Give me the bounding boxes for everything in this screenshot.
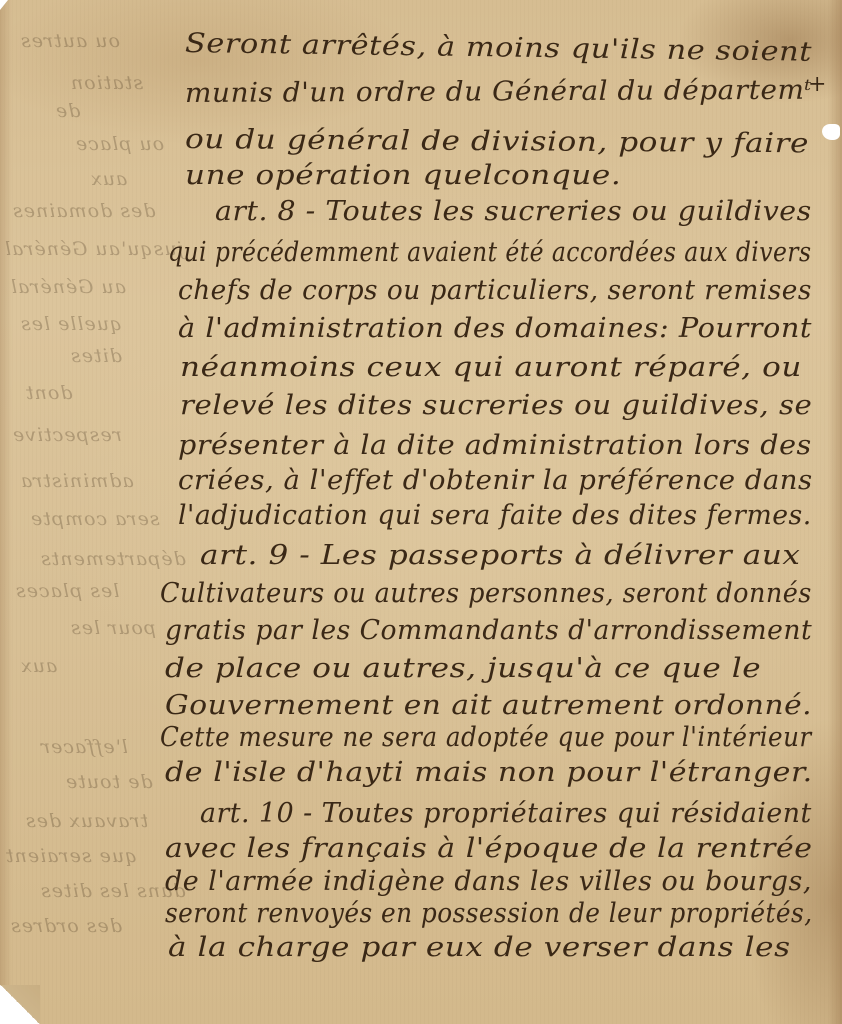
bleed-through-text: dans les dites xyxy=(40,880,186,902)
manuscript-line: néanmoins ceux qui auront réparé, ou xyxy=(180,352,802,383)
manuscript-line: Gouvernement en ait autrement ordonné. xyxy=(165,690,812,721)
bleed-through-text: départements xyxy=(40,548,186,570)
bleed-through-text: que seraient xyxy=(5,845,137,867)
manuscript-line: Seront arrêtés, à moins qu'ils ne soient xyxy=(185,28,812,68)
bleed-through-text: ou autres xyxy=(20,30,120,52)
bleed-through-text: les places xyxy=(15,580,119,602)
manuscript-line: relevé les dites sucreries ou guildives,… xyxy=(180,390,812,421)
bleed-through-text: administra xyxy=(20,470,134,492)
manuscript-line: Cultivateurs ou autres personnes, seront… xyxy=(160,578,812,609)
manuscript-line: criées, à l'effet d'obtenir la préférenc… xyxy=(178,465,813,496)
margin-cross-mark: + xyxy=(808,72,826,97)
manuscript-page: ou autres station de ou place aux des do… xyxy=(0,0,842,1024)
bleed-through-text: station xyxy=(70,72,143,94)
bleed-through-text: dont xyxy=(25,382,72,404)
manuscript-line: Cette mesure ne sera adoptée que pour l'… xyxy=(160,722,812,753)
manuscript-line: présenter à la dite administration lors … xyxy=(178,430,812,461)
bleed-through-text: ou place xyxy=(75,133,164,155)
manuscript-line: une opération quelconque. xyxy=(185,160,621,191)
bleed-through-text: travaux des xyxy=(25,810,148,832)
bleed-through-text: dites xyxy=(70,345,122,367)
bleed-through-text: des ordres xyxy=(10,915,122,937)
manuscript-line: gratis par les Commandants d'arrondissem… xyxy=(165,615,812,646)
manuscript-line: avec les français à l'époque de la rentr… xyxy=(165,833,813,864)
manuscript-line: seront renvoyés en possession de leur pr… xyxy=(165,898,813,929)
manuscript-line: chefs de corps ou particuliers, seront r… xyxy=(178,275,812,306)
article-8-heading-line: art. 8 - Toutes les sucreries ou guildiv… xyxy=(215,196,812,227)
bleed-through-text: jusqu'au Général xyxy=(4,238,184,260)
manuscript-line: qui précédemment avaient été accordées a… xyxy=(168,237,811,268)
bleed-through-text: au Général xyxy=(10,276,126,298)
bleed-through-text: respective xyxy=(12,424,122,446)
page-edge-shadow-right xyxy=(828,0,842,1024)
bleed-through-text: de xyxy=(55,100,80,122)
bleed-through-text: aux xyxy=(20,655,57,677)
bleed-through-text: l'effacer xyxy=(40,736,128,758)
manuscript-line: à l'administration des domaines: Pourron… xyxy=(178,313,812,344)
bleed-through-text: de toute xyxy=(65,771,153,793)
manuscript-line: de l'isle d'hayti mais non pour l'étrang… xyxy=(165,757,813,788)
page-edge-shadow-left xyxy=(0,0,12,1024)
paper-tear-hole xyxy=(822,124,840,140)
manuscript-line: à la charge par eux de verser dans les xyxy=(168,932,791,963)
manuscript-line: de l'armée indigène dans les villes ou b… xyxy=(165,866,812,897)
manuscript-line: l'adjudication qui sera faite des dites … xyxy=(178,500,812,531)
bleed-through-text: sera compte xyxy=(30,508,160,530)
bleed-through-text: des domaines xyxy=(12,200,155,222)
folded-corner xyxy=(0,985,40,1024)
manuscript-line: de place ou autres, jusqu'à ce que le xyxy=(165,653,761,684)
manuscript-line: ou du général de division, pour y faire xyxy=(185,124,809,159)
bleed-through-text: quelle les xyxy=(20,313,122,335)
bleed-through-text: pour les xyxy=(70,617,156,639)
bleed-through-text: aux xyxy=(90,168,127,190)
article-10-heading-line: art. 10 - Toutes propriétaires qui résid… xyxy=(200,798,812,829)
manuscript-line: munis d'un ordre du Général du départemᵗ xyxy=(185,75,812,109)
article-9-heading-line: art. 9 - Les passeports à délivrer aux xyxy=(200,540,801,571)
